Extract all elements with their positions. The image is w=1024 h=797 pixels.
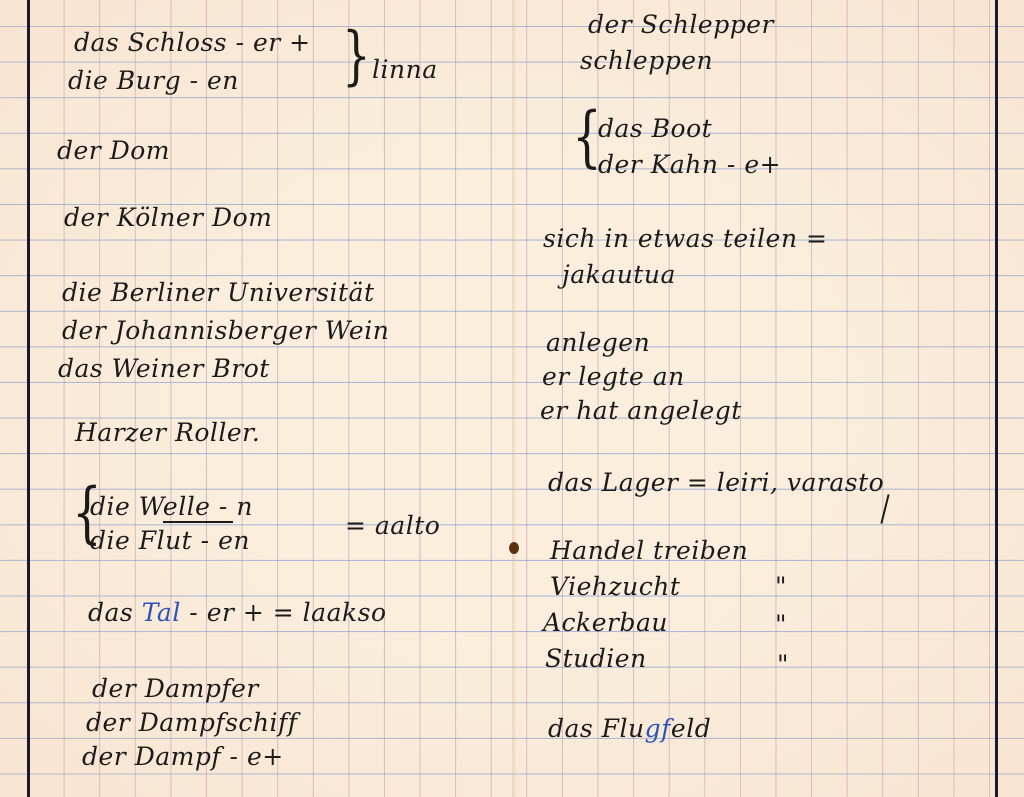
translation-line: jakautua — [562, 262, 676, 287]
vocab-line: das Weiner Brot — [58, 356, 270, 381]
ditto-mark: " — [777, 652, 789, 677]
ditto-mark: " — [775, 612, 787, 637]
vocab-line: der Dampfer — [92, 676, 259, 701]
vocab-line: Ackerbau — [543, 610, 668, 635]
vocab-line: sich in etwas teilen = — [543, 226, 827, 251]
vocab-line: das Lager = leiri, varasto — [548, 470, 884, 495]
vocab-line: der Schlepper — [588, 12, 774, 37]
vocab-line: das Tal - er + = laakso — [88, 600, 387, 625]
vocab-line: Harzer Roller. — [75, 420, 260, 445]
vocab-line: Viehzucht — [550, 574, 680, 599]
vocab-line: Studien — [545, 646, 647, 671]
vocab-line: der Dampfschiff — [86, 710, 298, 735]
line-suffix: - er + = laakso — [189, 598, 386, 627]
vocab-line: die Flut - en — [90, 528, 250, 553]
right-margin-line — [995, 0, 998, 797]
blue-ink-correction: gf — [645, 714, 671, 743]
vocab-line: der Dom — [57, 138, 170, 163]
vocab-line: der Dampf - e+ — [82, 744, 284, 769]
ditto-mark: " — [775, 574, 787, 599]
blue-ink-word: Tal — [142, 598, 181, 627]
underline-mark — [163, 521, 233, 523]
right-brace-icon: } — [342, 24, 371, 88]
line-suffix: eld — [671, 714, 711, 743]
staple-mark — [509, 542, 519, 554]
line-prefix: das — [88, 598, 133, 627]
vocab-line: das Flugfeld — [548, 716, 711, 741]
vocab-line: die Burg - en — [68, 68, 239, 93]
vocab-line: schleppen — [580, 48, 713, 73]
vocab-line: anlegen — [546, 330, 650, 355]
vocab-line: er hat angelegt — [540, 398, 742, 423]
left-margin-line — [27, 0, 30, 797]
vocab-line: das Boot — [598, 116, 712, 141]
vocab-line: die Berliner Universität — [62, 280, 375, 305]
vocab-line: Handel treiben — [550, 538, 748, 563]
vocab-line: der Kölner Dom — [64, 205, 272, 230]
vocab-line: der Kahn - e+ — [598, 152, 781, 177]
vocab-line: die Welle - n — [90, 494, 253, 519]
brace-translation: = aalto — [345, 513, 440, 538]
line-prefix: das Flu — [548, 714, 645, 743]
notebook-spine — [512, 0, 516, 797]
vocab-line: er legte an — [542, 364, 685, 389]
brace-translation: linna — [372, 57, 438, 82]
vocab-line: das Schloss - er + — [74, 30, 311, 55]
vocab-line: der Johannisberger Wein — [62, 318, 389, 343]
